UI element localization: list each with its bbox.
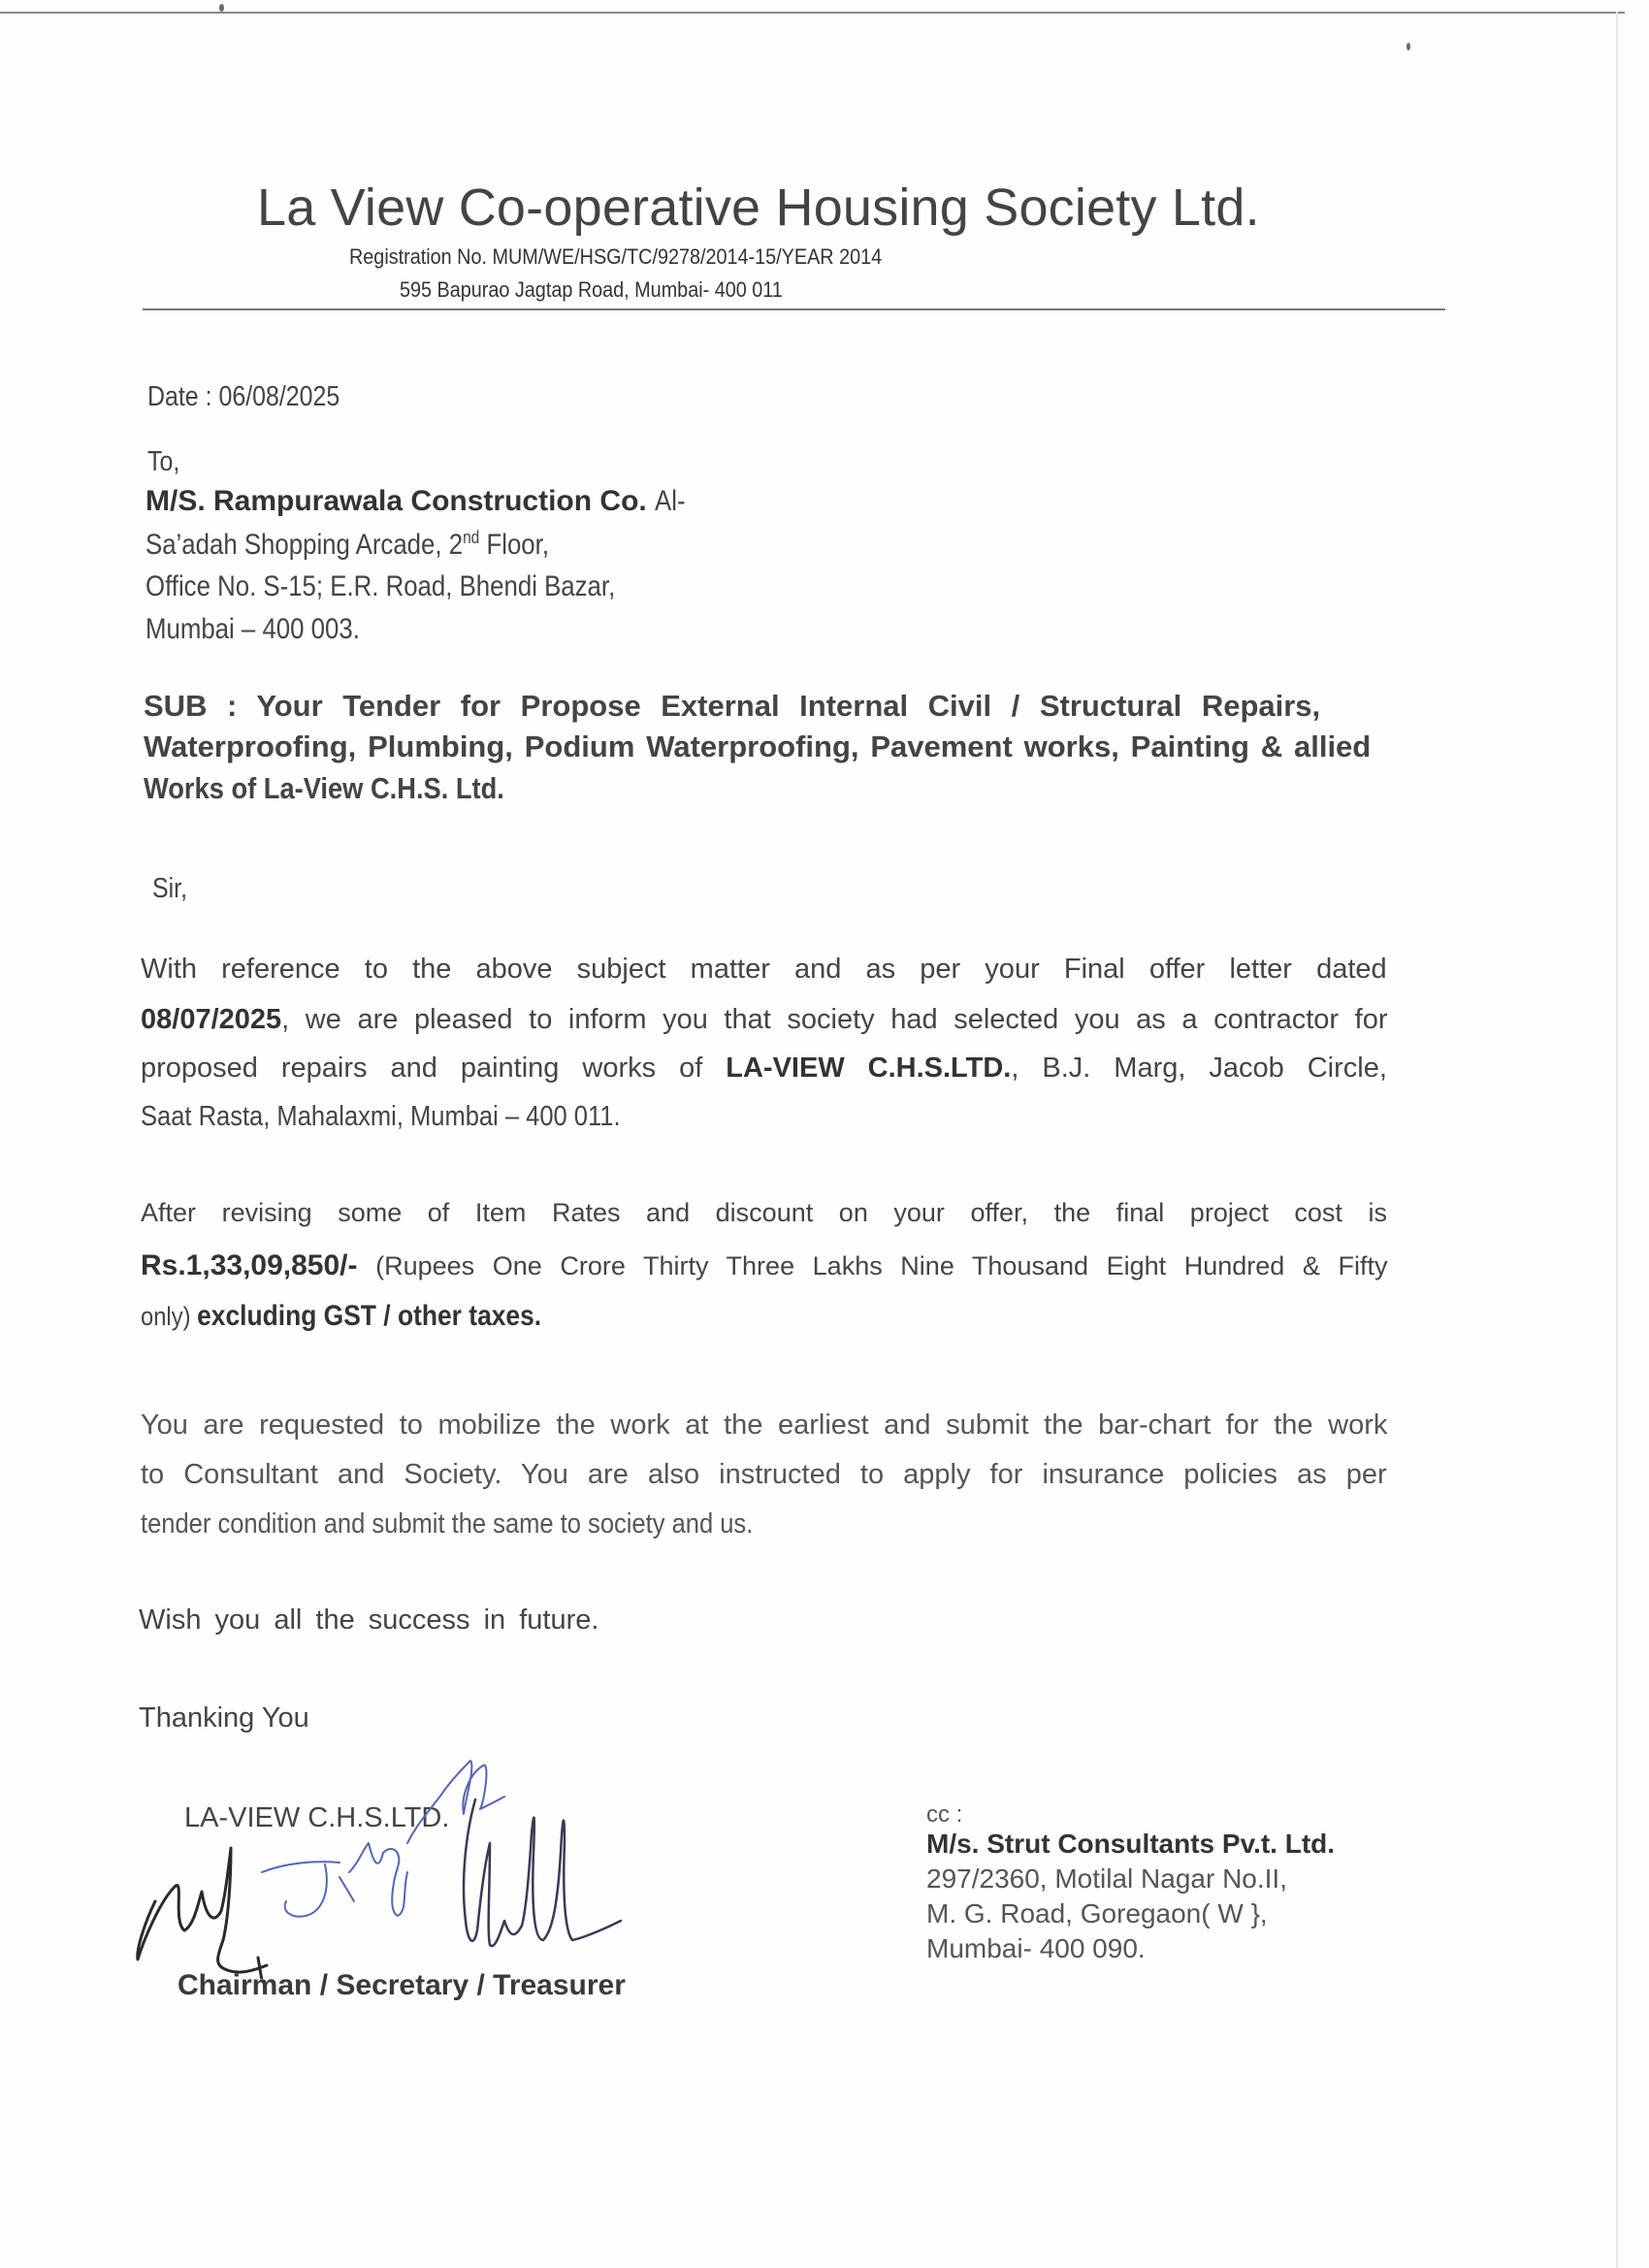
para2-line-1: After revising some of Item Rates and di… [141, 1198, 1387, 1228]
recipient-line-4: Mumbai – 400 003. [145, 613, 360, 646]
letter-date: Date : 06/08/2025 [147, 381, 339, 413]
closing-wish: Wish you all the success in future. [139, 1604, 598, 1636]
recipient-line-3: Office No. S-15; E.R. Road, Bhendi Bazar… [145, 570, 615, 603]
recipient-line-2: Sa’adah Shopping Arcade, 2nd Floor, [145, 528, 549, 562]
para1-line-3: proposed repairs and painting works of L… [141, 1053, 1387, 1085]
greeting: Sir, [152, 873, 187, 905]
offer-letter-date: 08/07/2025 [141, 1004, 281, 1035]
letterhead-title: La View Co-operative Housing Society Ltd… [257, 178, 1260, 238]
registration-number: Registration No. MUM/WE/HSG/TC/9278/2014… [349, 244, 882, 270]
signatories-label: Chairman / Secretary / Treasurer [178, 1969, 626, 2002]
cc-label: cc : [926, 1801, 962, 1829]
para3-line-1: You are requested to mobilize the work a… [141, 1409, 1387, 1442]
society-name: LA-VIEW C.H.S.LTD. [726, 1053, 1011, 1084]
subject-line-1: SUB : Your Tender for Propose External I… [144, 689, 1390, 724]
letter-page: La View Co-operative Housing Society Ltd… [0, 0, 1649, 2268]
scan-right-edge [1616, 12, 1618, 2268]
to-label: To, [147, 446, 179, 478]
para1-line-4: Saat Rasta, Mahalaxmi, Mumbai – 400 011. [141, 1101, 1387, 1133]
para2-line-2: Rs.1,33,09,850/- (Rupees One Crore Thirt… [141, 1249, 1387, 1282]
para3-line-2: to Consultant and Society. You are also … [141, 1459, 1387, 1491]
recipient-name: M/S. Rampurawala Construction Co. [145, 485, 647, 517]
letterhead-divider [143, 308, 1445, 310]
signatures-graphic [116, 1756, 737, 1979]
scan-speck [219, 4, 224, 12]
subject-line-2: Waterproofing, Plumbing, Podium Waterpro… [144, 729, 1390, 764]
para1-line-2: 08/07/2025, we are pleased to inform you… [141, 1004, 1387, 1036]
cc-name: M/s. Strut Consultants Pv.t. Ltd. [926, 1829, 1335, 1860]
recipient-line-1: M/S. Rampurawala Construction Co. Al- [145, 485, 691, 518]
letterhead-address: 595 Bapurao Jagtap Road, Mumbai- 400 011 [400, 277, 783, 303]
cc-address-line-2: M. G. Road, Goregaon( W }, [926, 1898, 1268, 1929]
scan-speck [1406, 43, 1410, 50]
tax-note: excluding GST / other taxes. [197, 1300, 541, 1332]
cc-address-line-3: Mumbai- 400 090. [926, 1933, 1146, 1964]
scan-top-edge [0, 12, 1625, 14]
subject-line-3: Works of La-View C.H.S. Ltd. [144, 771, 1390, 806]
para3-line-3: tender condition and submit the same to … [141, 1508, 1387, 1540]
para2-line-3: only) excluding GST / other taxes. [141, 1300, 1387, 1333]
para1-line-1: With reference to the above subject matt… [141, 954, 1387, 986]
project-cost: Rs.1,33,09,850/- [141, 1249, 358, 1281]
cc-address-line-1: 297/2360, Motilal Nagar No.II, [926, 1863, 1287, 1895]
closing-thanks: Thanking You [139, 1702, 309, 1734]
